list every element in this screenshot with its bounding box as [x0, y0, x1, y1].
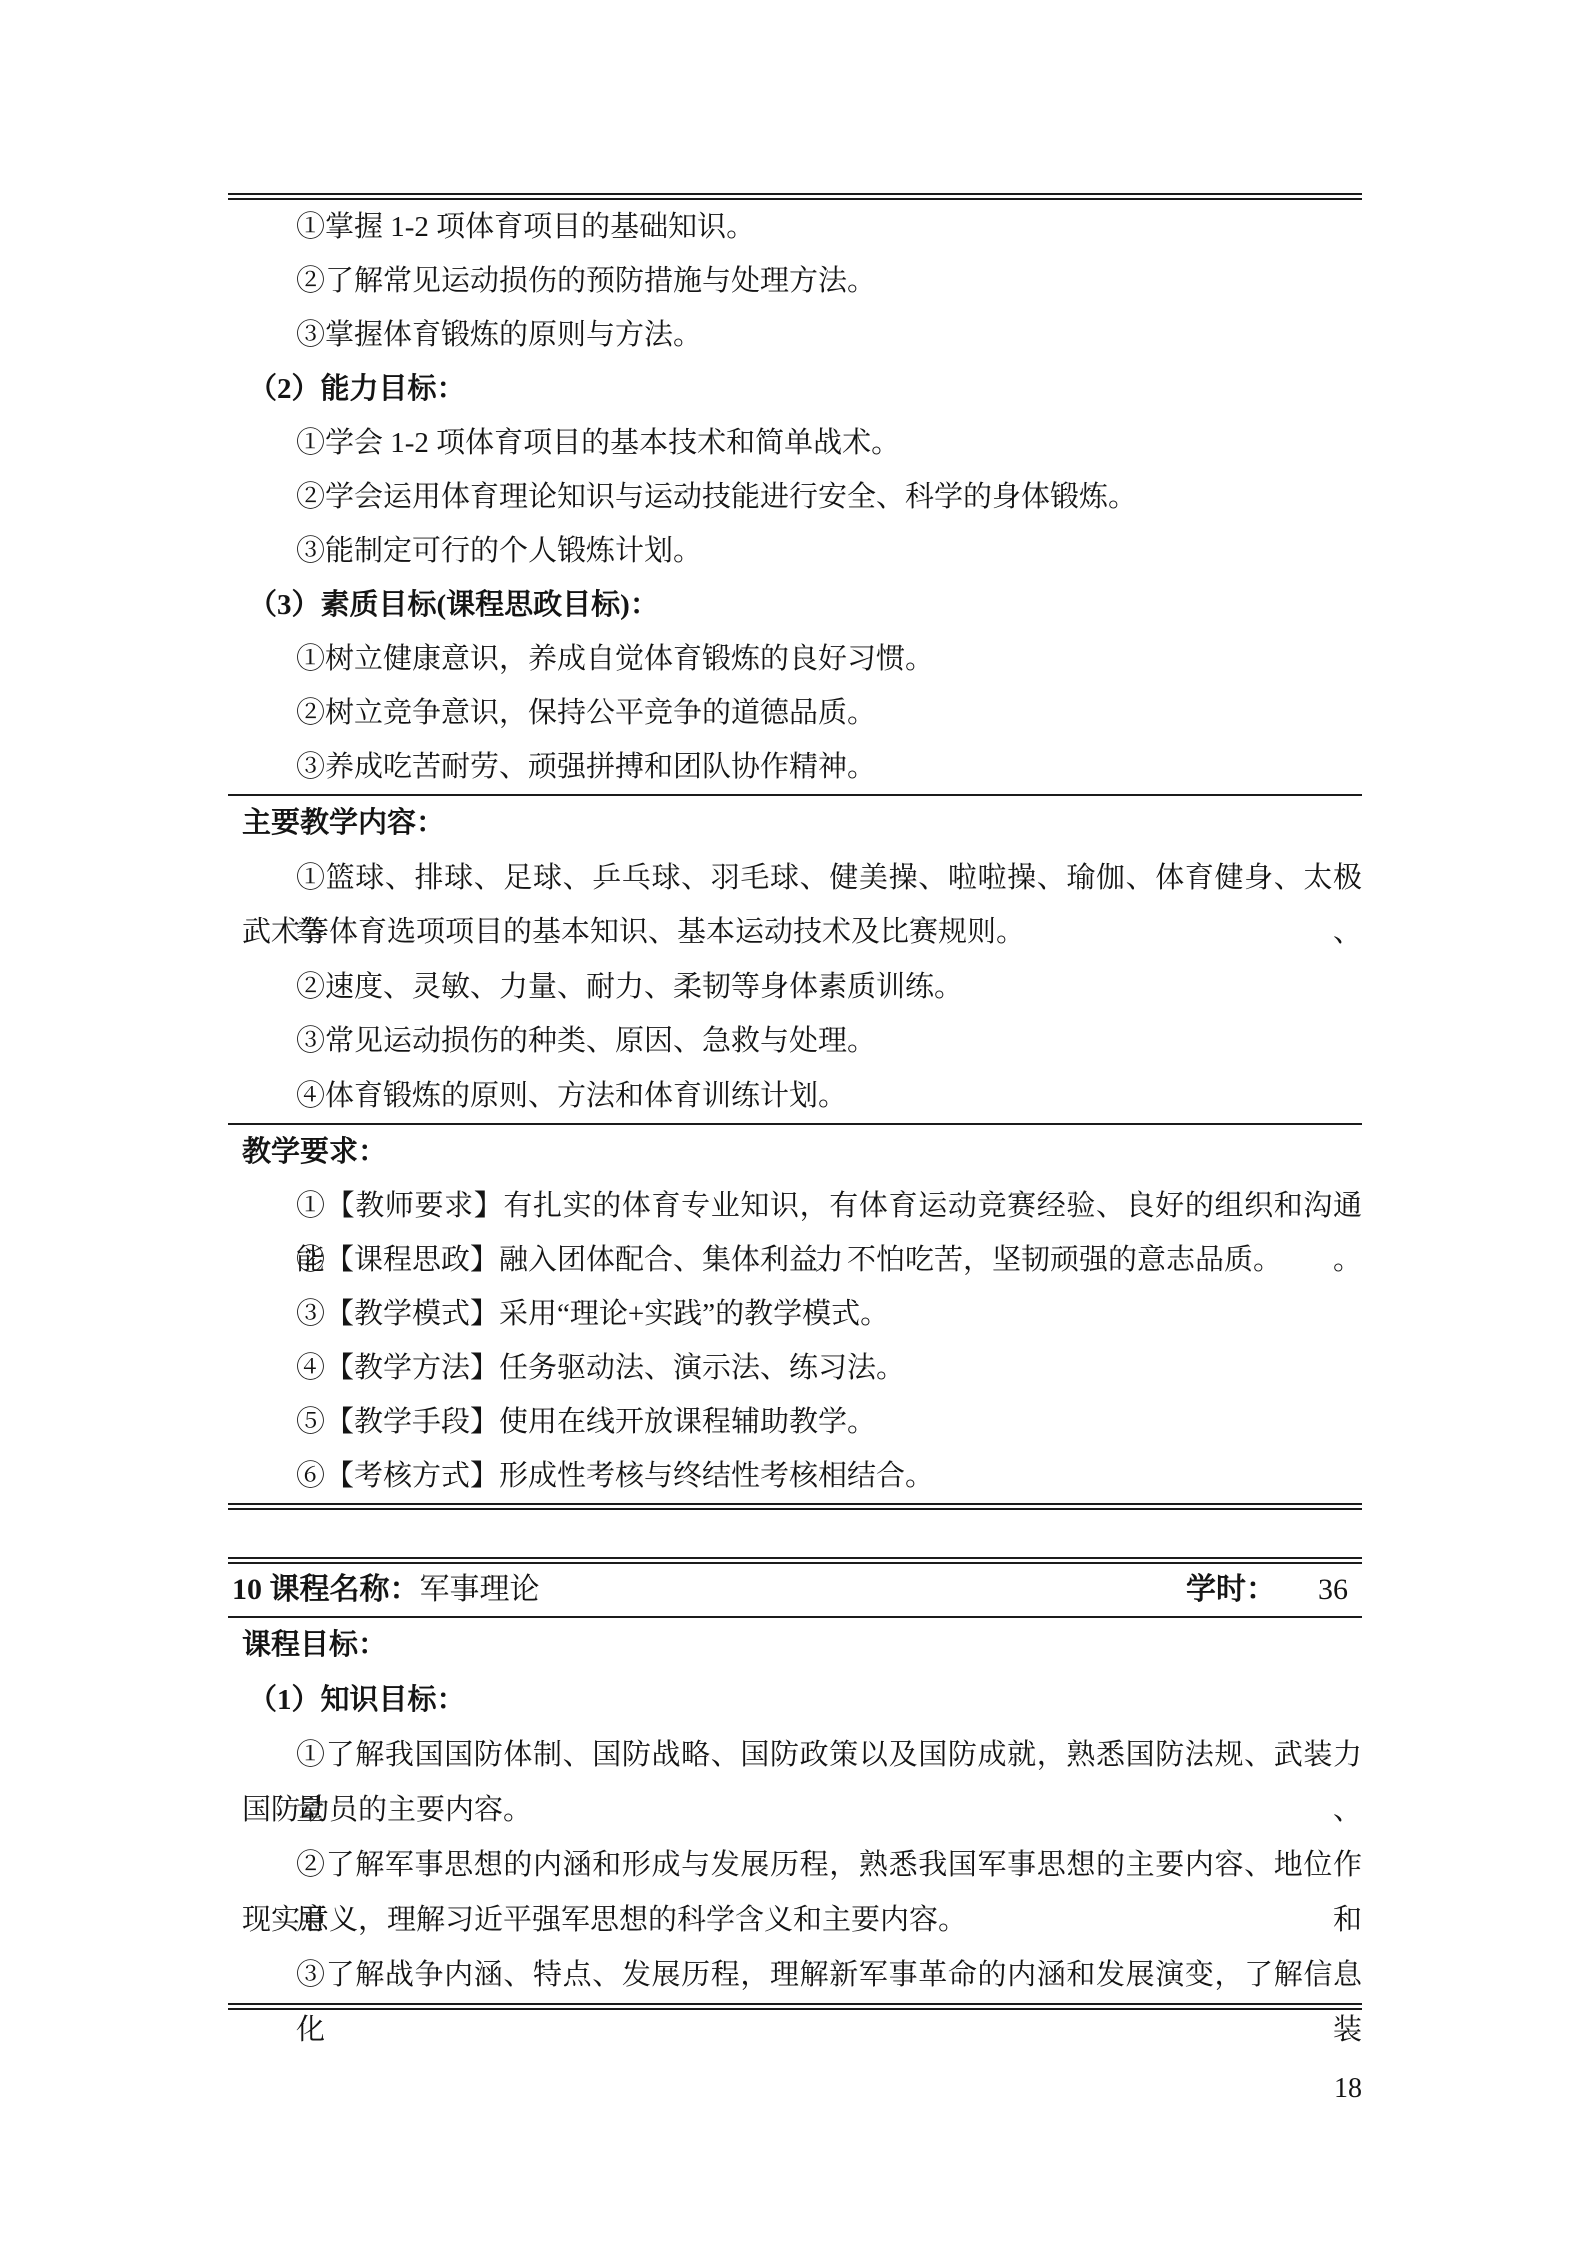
text-line: ②了解常见运动损伤的预防措施与处理方法。: [228, 254, 1362, 308]
text-line: ③养成吃苦耐劳、顽强拼搏和团队协作精神。: [228, 740, 1362, 794]
course-objectives-heading: 课程目标：: [228, 1618, 1362, 1673]
teaching-requirements-heading: 教学要求：: [228, 1125, 1362, 1179]
text-line: ②学会运用体育理论知识与运动技能进行安全、科学的身体锻炼。: [228, 470, 1362, 524]
course9-teaching-requirements-section: 教学要求： ①【教师要求】有扎实的体育专业知识，有体育运动竞赛经验、良好的组织和…: [228, 1123, 1362, 1510]
course-name-group: 10 课程名称：军事理论: [232, 1564, 540, 1616]
text-line: ③常见运动损伤的种类、原因、急救与处理。: [228, 1014, 1362, 1069]
knowledge-goal-heading: （1）知识目标：: [228, 1673, 1362, 1728]
text-line: ①学会 1-2 项体育项目的基本技术和简单战术。: [228, 416, 1362, 470]
document-page: ①掌握 1-2 项体育项目的基础知识。 ②了解常见运动损伤的预防措施与处理方法。…: [0, 0, 1587, 2245]
teaching-content-heading: 主要教学内容：: [228, 796, 1362, 851]
text-line: ①了解我国国防体制、国防战略、国防政策以及国防成就，熟悉国防法规、武装力量、: [228, 1728, 1362, 1783]
course-title-row: 10 课程名称：军事理论 学时：36: [228, 1564, 1362, 1616]
text-line: ②速度、灵敏、力量、耐力、柔韧等身体素质训练。: [228, 960, 1362, 1015]
table-gap: [228, 1510, 1362, 1557]
text-line: ②了解军事思想的内涵和形成与发展历程，熟悉我国军事思想的主要内容、地位作用和: [228, 1838, 1362, 1893]
text-line: ②树立竞争意识，保持公平竞争的道德品质。: [228, 686, 1362, 740]
page-number: 18: [228, 2072, 1362, 2106]
text-line: ④【教学方法】任务驱动法、演示法、练习法。: [228, 1341, 1362, 1395]
course-name-value: 军事理论: [420, 1573, 540, 1606]
text-line: ①掌握 1-2 项体育项目的基础知识。: [228, 200, 1362, 254]
course-hours-label: 学时：: [1186, 1573, 1276, 1606]
text-line: ③了解战争内涵、特点、发展历程，理解新军事革命的内涵和发展演变，了解信息化装: [228, 1948, 1362, 2003]
text-line: ③能制定可行的个人锻炼计划。: [228, 524, 1362, 578]
text-line: ⑤【教学手段】使用在线开放课程辅助教学。: [228, 1395, 1362, 1449]
course-name-label: 课程名称：: [270, 1573, 420, 1606]
course-hours-value: 36: [1318, 1573, 1348, 1606]
text-line: ②【课程思政】融入团体配合、集体利益、不怕吃苦，坚韧顽强的意志品质。: [228, 1233, 1362, 1287]
course10-objectives-section: 课程目标： （1）知识目标： ①了解我国国防体制、国防战略、国防政策以及国防成就…: [228, 1618, 1362, 2010]
course-hours-group: 学时：36: [1186, 1564, 1348, 1616]
course9-teaching-content-section: 主要教学内容： ①篮球、排球、足球、乒乓球、羽毛球、健美操、啦啦操、瑜伽、体育健…: [228, 794, 1362, 1123]
ability-goal-heading: （2）能力目标：: [228, 362, 1362, 416]
course10-title-row: 10 课程名称：军事理论 学时：36: [228, 1557, 1362, 1618]
text-line: ⑥【考核方式】形成性考核与终结性考核相结合。: [228, 1449, 1362, 1503]
course-number: 10: [232, 1573, 262, 1606]
quality-goal-heading: （3）素质目标(课程思政目标)：: [228, 578, 1362, 632]
text-line: ④体育锻炼的原则、方法和体育训练计划。: [228, 1069, 1362, 1124]
text-line: ①树立健康意识，养成自觉体育锻炼的良好习惯。: [228, 632, 1362, 686]
text-line: ③掌握体育锻炼的原则与方法。: [228, 308, 1362, 362]
page-content: ①掌握 1-2 项体育项目的基础知识。 ②了解常见运动损伤的预防措施与处理方法。…: [228, 193, 1362, 2010]
text-line: ③【教学模式】采用“理论+实践”的教学模式。: [228, 1287, 1362, 1341]
text-line: ①篮球、排球、足球、乒乓球、羽毛球、健美操、啦啦操、瑜伽、体育健身、太极拳、: [228, 851, 1362, 906]
text-line: ①【教师要求】有扎实的体育专业知识，有体育运动竞赛经验、良好的组织和沟通能力。: [228, 1179, 1362, 1233]
course9-objectives-section: ①掌握 1-2 项体育项目的基础知识。 ②了解常见运动损伤的预防措施与处理方法。…: [228, 193, 1362, 794]
